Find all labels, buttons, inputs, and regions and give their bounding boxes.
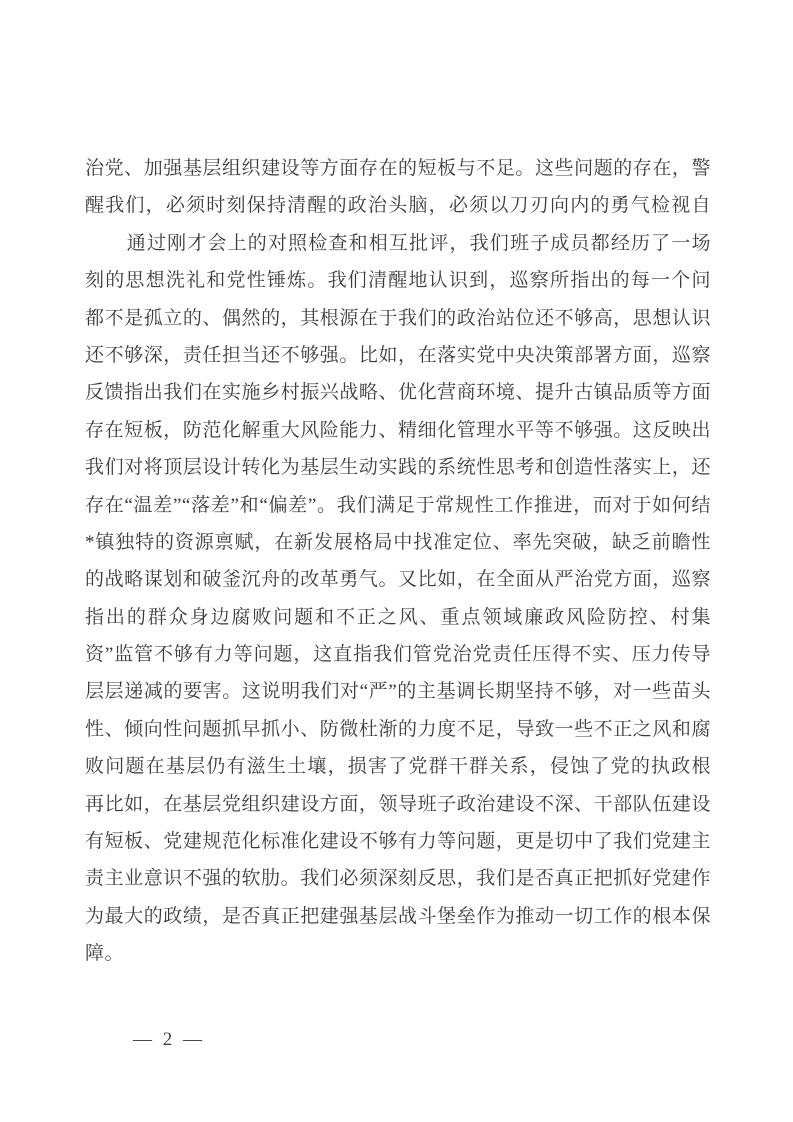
text-line: 醒我们，必须时刻保持清醒的政治头脑，必须以刀刃向内的勇气检视自身。 [85, 187, 711, 224]
text-line: 的战略谋划和破釜沉舟的改革勇气。又比如，在全面从严治党方面，巡察 [85, 561, 711, 598]
text-line: 我们对将顶层设计转化为基层生动实践的系统性思考和创造性落实上，还 [85, 449, 711, 486]
text-line-paragraph-start: 通过刚才会上的对照检查和相互批评，我们班子成员都经历了一场深 [85, 225, 711, 262]
text-line: 责主业意识不强的软肋。我们必须深刻反思，我们是否真正把抓好党建作 [85, 860, 711, 897]
text-line: 为最大的政绩，是否真正把建强基层战斗堡垒作为推动一切工作的根本保 [85, 898, 711, 935]
text-line: 存在短板，防范化解重大风险能力、精细化管理水平等不够强。这反映出 [85, 412, 711, 449]
text-line: 反馈指出我们在实施乡村振兴战略、优化营商环境、提升古镇品质等方面 [85, 374, 711, 411]
text-line: 还不够深，责任担当还不够强。比如，在落实党中央决策部署方面，巡察 [85, 337, 711, 374]
text-line: 存在“温差”“落差”和“偏差”。我们满足于常规性工作推进，而对于如何结合 [85, 487, 711, 524]
text-line: 都不是孤立的、偶然的，其根源在于我们的政治站位还不够高，思想认识 [85, 300, 711, 337]
text-line: *镇独特的资源禀赋，在新发展格局中找准定位、率先突破，缺乏前瞻性 [85, 524, 711, 561]
text-line: 资”监管不够有力等问题，这直指我们管党治党责任压得不实、压力传导 [85, 636, 711, 673]
text-line: 刻的思想洗礼和党性锤炼。我们清醒地认识到，巡察所指出的每一个问题， [85, 262, 711, 299]
text-line: 治党、加强基层组织建设等方面存在的短板与不足。这些问题的存在，警 [85, 150, 711, 187]
text-line: 指出的群众身边腐败问题和不正之风、重点领域廉政风险防控、村集体“三 [85, 599, 711, 636]
text-line: 败问题在基层仍有滋生土壤，损害了党群干群关系，侵蚀了党的执政根基。 [85, 748, 711, 785]
text-line: 有短板、党建规范化标准化建设不够有力等问题，更是切中了我们党建主 [85, 823, 711, 860]
text-line: 层层递减的要害。这说明我们对“严”的主基调长期坚持不够，对一些苗头 [85, 673, 711, 710]
text-line: 性、倾向性问题抓早抓小、防微杜渐的力度不足，导致一些不正之风和腐 [85, 711, 711, 748]
text-line-paragraph-end: 障。 [85, 935, 711, 972]
text-line: 再比如，在基层党组织建设方面，领导班子政治建设不深、干部队伍建设 [85, 786, 711, 823]
page-number: — 2 — [133, 1027, 205, 1053]
body-text: 治党、加强基层组织建设等方面存在的短板与不足。这些问题的存在，警 醒我们，必须时… [85, 150, 711, 973]
document-page: 治党、加强基层组织建设等方面存在的短板与不足。这些问题的存在，警 醒我们，必须时… [0, 0, 793, 1122]
